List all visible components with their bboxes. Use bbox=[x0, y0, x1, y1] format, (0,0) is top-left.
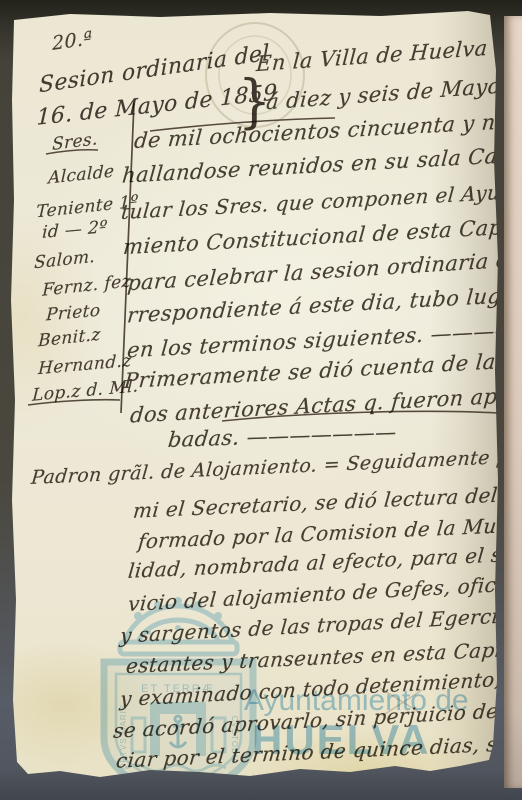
body-line: á diez y seis de Mayo bbox=[265, 74, 501, 115]
body-line-with-margin-note: Padron grãl. de Alojamiento. = Seguidame… bbox=[30, 445, 522, 489]
manuscript-paper: ET TERRÆ PORTVS MARIS CVSTODIA Ayuntamie… bbox=[0, 0, 522, 800]
attendee-name: Prieto bbox=[46, 301, 101, 326]
adjacent-page-edge bbox=[504, 16, 522, 788]
handwriting-layer: 20.ª Sesion ordinaria del 16. de Mayo de… bbox=[0, 0, 522, 800]
scanned-manuscript-page: ET TERRÆ PORTVS MARIS CVSTODIA Ayuntamie… bbox=[0, 0, 522, 800]
attendee-name: Fernz. fez bbox=[42, 271, 131, 300]
attendee-name: Benit.z bbox=[38, 325, 101, 352]
session-number: 20.ª bbox=[52, 27, 93, 55]
body-line: badas. ——————— bbox=[167, 420, 398, 452]
attendee-name: Alcalde bbox=[48, 161, 115, 188]
body-line: En la Villa de Huelva bbox=[255, 36, 488, 76]
attendee-name: Salom. bbox=[34, 247, 96, 274]
attendee-name: Hernand.z bbox=[38, 351, 133, 379]
attendee-name: id — 2º bbox=[42, 217, 109, 243]
attendees-header: Sres. bbox=[52, 129, 98, 155]
